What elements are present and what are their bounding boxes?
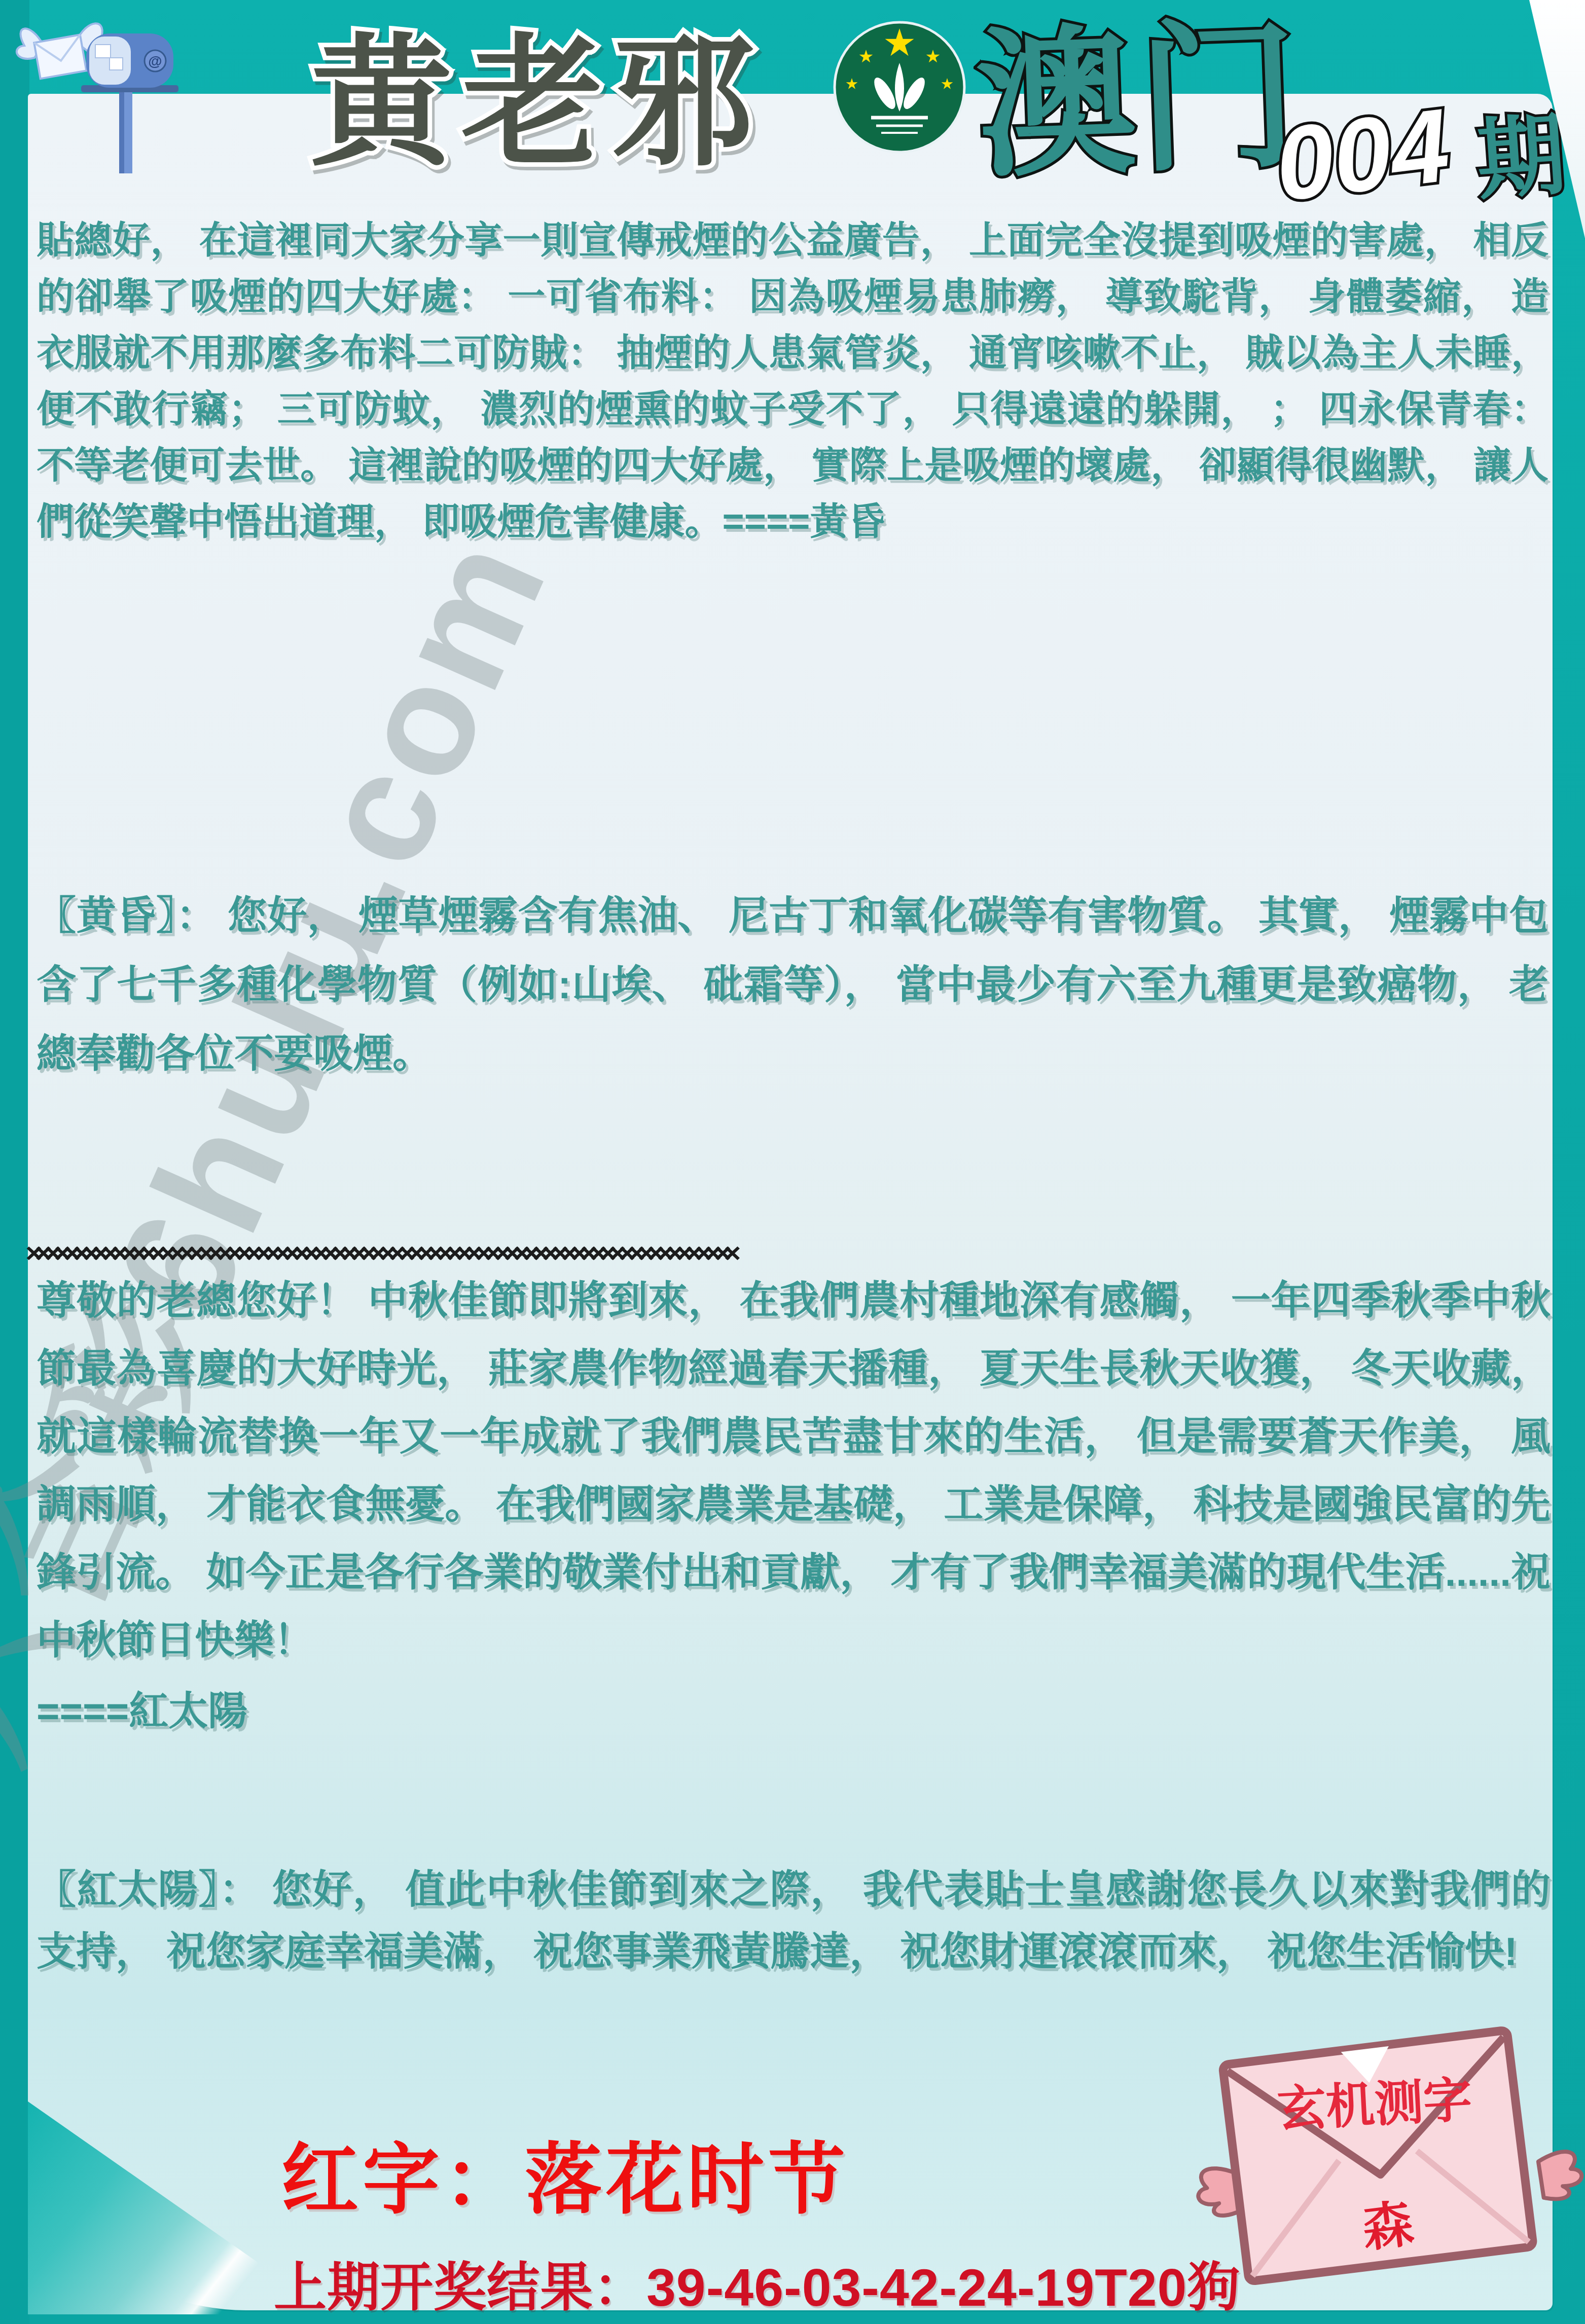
- envelope-stamp: 森: [1359, 2195, 1417, 2258]
- paragraph-huanghun-reply: 〖黄昏〗： 您好， 煙草煙霧含有焦油、 尼古丁和氧化碳等有害物質。 其實， 煙霧…: [37, 881, 1548, 1088]
- winged-envelope-icon: 玄机测字 森: [1186, 1987, 1585, 2322]
- paragraph-hongtaiyang-reply: 〖紅太陽〗： 您好， 值此中秋佳節到來之際， 我代表貼士皇感謝您長久以來對我們的…: [37, 1859, 1551, 1982]
- previous-draw-result: 上期开奖结果：39-46-03-42-24-19T20狗: [274, 2245, 1240, 2321]
- red-hint-label: 红字：落花时节: [281, 2118, 849, 2229]
- macau-lotus-emblem-icon: [825, 11, 974, 159]
- poster-canvas: 六合彩6hulu.com @ 黄老邪: [0, 0, 1585, 2324]
- envelope-label: 玄机测字: [1276, 2073, 1473, 2137]
- svg-text:@: @: [148, 53, 162, 69]
- mailbox-icon: @: [81, 33, 178, 173]
- wing-right-icon: [1537, 2150, 1584, 2201]
- issue-number-block: 004 期: [1273, 81, 1582, 233]
- chain-divider: ××××××××××××××××××××××××××××××××××××××××…: [25, 1238, 1557, 1270]
- winged-mailbox-icon: @: [15, 4, 188, 179]
- left-border-strip: [0, 0, 29, 2324]
- paragraph-signature-hongtaiyang: ====紅太陽: [37, 1677, 746, 1745]
- paragraph-midautumn-letter: 尊敬的老總您好！ 中秋佳節即將到來， 在我們農村種地深有感觸， 一年四季秋季中秋…: [37, 1266, 1551, 1674]
- issue-suffix: 期: [1473, 105, 1569, 210]
- region-title: 澳门: [974, 1, 1308, 204]
- issue-number: 004: [1273, 87, 1455, 223]
- paragraph-smoking-ad: 貼總好， 在這裡同大家分享一則宣傳戒煙的公益廣告， 上面完全沒提到吸煙的害處， …: [37, 212, 1548, 550]
- masthead-title: 黄老邪: [304, 14, 847, 189]
- title-text: 黄老邪: [310, 24, 764, 183]
- region-text: 澳门: [974, 6, 1303, 196]
